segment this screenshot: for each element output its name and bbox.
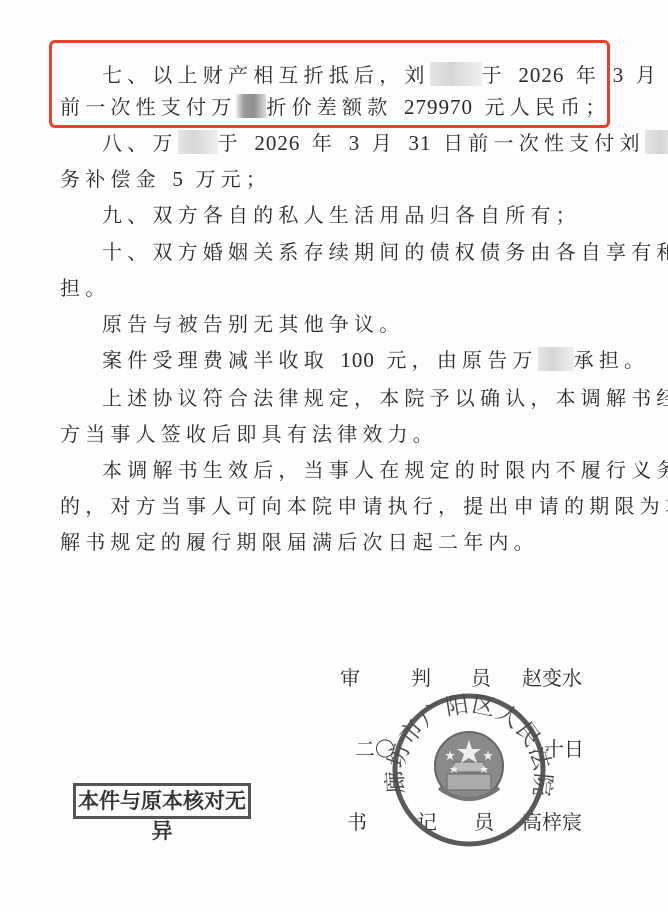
text: 判 (411, 666, 431, 690)
item-10-line-1: 十、双方婚姻关系存续期间的债权债务由各自享有和承 (102, 237, 584, 267)
text: 日前一次性支付刘 (432, 131, 645, 155)
enforcement-line-2: 的，对方当事人可向本院申请执行，提出申请的期限为本调 (60, 491, 584, 521)
day: 31 (409, 131, 432, 155)
item-10-line-2: 担。 (60, 273, 584, 303)
text: 书 (347, 810, 367, 834)
text: 元，由原告万 (375, 348, 538, 372)
enforcement-line-3: 解书规定的履行期限届满后次日起二年内。 (60, 527, 584, 557)
clerk-title: 书 (347, 808, 367, 836)
text: 务补偿金 (60, 167, 172, 191)
fee-line: 案件受理费减半收取 100 元，由原告万承担。 (102, 345, 584, 375)
item-7-line-1: 七、以上财产相互折抵后，刘于 2026 年 3 月 31 日 (102, 60, 584, 90)
text: 上述协议符合法律规定，本院予以确认，本调解书经双 (102, 386, 668, 410)
text: 的，对方当事人可向本院申请执行，提出申请的期限为本调 (60, 494, 668, 518)
redacted-name (236, 94, 266, 118)
redacted-name (538, 347, 574, 371)
no-dispute-line: 原告与被告别无其他争议。 (102, 309, 584, 339)
confirmation-line-1: 上述协议符合法律规定，本院予以确认，本调解书经双 (102, 383, 584, 413)
text: 七、以上财产相互折抵后，刘 (102, 63, 430, 87)
item-8-line-2: 务补偿金 5 万元； (60, 164, 584, 194)
year: 2026 (254, 131, 300, 155)
text: 八、万 (102, 131, 178, 155)
text: 解书规定的履行期限届满后次日起二年内。 (60, 530, 539, 554)
redacted-name (178, 130, 218, 154)
certification-stamp: 本件与原本核对无异 (73, 783, 251, 819)
text: 审 (340, 666, 360, 690)
judge-title: 审 (340, 664, 360, 692)
text: 员 (471, 666, 491, 690)
text: 案件受理费减半收取 (102, 348, 340, 372)
text: 于 (482, 63, 519, 87)
text: 月 (360, 131, 408, 155)
month: 3 (349, 131, 361, 155)
text: 元人民币； (473, 95, 611, 119)
year: 2026 (518, 63, 564, 87)
month: 3 (613, 63, 625, 87)
text: 承担。 (574, 348, 650, 372)
text: 年 (300, 131, 348, 155)
enforcement-line-1: 本调解书生效后，当事人在规定的时限内不履行义务 (102, 455, 584, 485)
text: 年 (564, 63, 612, 87)
court-seal-icon: 廊坊市广阳区人民法院 (384, 688, 554, 848)
text: 前一次性支付万 (60, 95, 236, 119)
text: 万元； (184, 167, 271, 191)
text: 担。 (60, 276, 110, 300)
confirmation-line-2: 方当事人签收后即具有法律效力。 (60, 419, 584, 449)
item-8-line-1: 八、万于 2026 年 3 月 31 日前一次性支付刘家 (102, 128, 584, 158)
fee-amount: 100 (340, 348, 375, 372)
redacted-name (645, 130, 668, 154)
text: 于 (218, 131, 255, 155)
text: 折价差额款 (266, 95, 404, 119)
text: 十、双方婚姻关系存续期间的债权债务由各自享有和承 (102, 240, 668, 264)
redacted-name (430, 62, 482, 86)
item-7-line-2: 前一次性支付万折价差额款 279970 元人民币； (60, 92, 584, 122)
text: 月 (624, 63, 668, 87)
text: 方当事人签收后即具有法律效力。 (60, 422, 438, 446)
amount: 5 (172, 167, 184, 191)
item-9-line-1: 九、双方各自的私人生活用品归各自所有； (102, 200, 584, 230)
text: 原告与被告别无其他争议。 (102, 312, 404, 336)
text: 本调解书生效后，当事人在规定的时限内不履行义务 (102, 458, 668, 482)
amount: 279970 (404, 95, 473, 119)
text: 九、双方各自的私人生活用品归各自所有； (102, 203, 581, 227)
